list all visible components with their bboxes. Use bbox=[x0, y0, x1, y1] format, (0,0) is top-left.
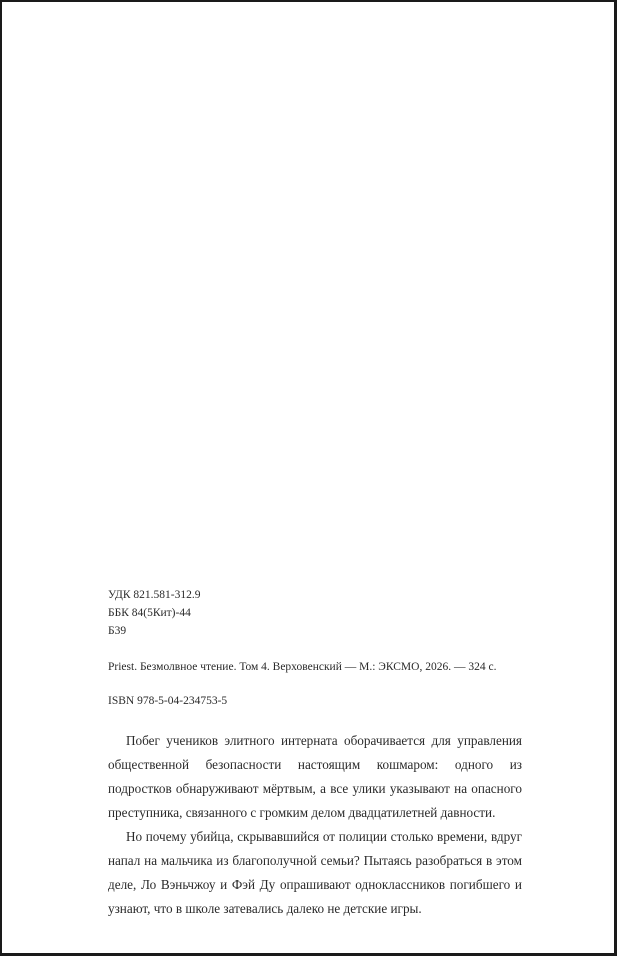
annotation-paragraph: Побег учеников элитного интерната оборач… bbox=[108, 729, 522, 825]
isbn: ISBN 978-5-04-234753-5 bbox=[108, 692, 522, 710]
annotation-paragraph: Но почему убийца, скрывавшийся от полици… bbox=[108, 825, 522, 921]
bibliographic-citation: Priest. Безмолвное чтение. Том 4. Верхов… bbox=[108, 658, 522, 676]
author-mark: Б39 bbox=[108, 622, 522, 640]
udk-code: УДК 821.581-312.9 bbox=[108, 586, 522, 604]
classification-codes: УДК 821.581-312.9 ББК 84(5Кит)-44 Б39 bbox=[108, 586, 522, 640]
bbk-code: ББК 84(5Кит)-44 bbox=[108, 604, 522, 622]
imprint-block: УДК 821.581-312.9 ББК 84(5Кит)-44 Б39 Pr… bbox=[108, 586, 522, 921]
annotation: Побег учеников элитного интерната оборач… bbox=[108, 729, 522, 921]
book-page: УДК 821.581-312.9 ББК 84(5Кит)-44 Б39 Pr… bbox=[0, 0, 617, 956]
